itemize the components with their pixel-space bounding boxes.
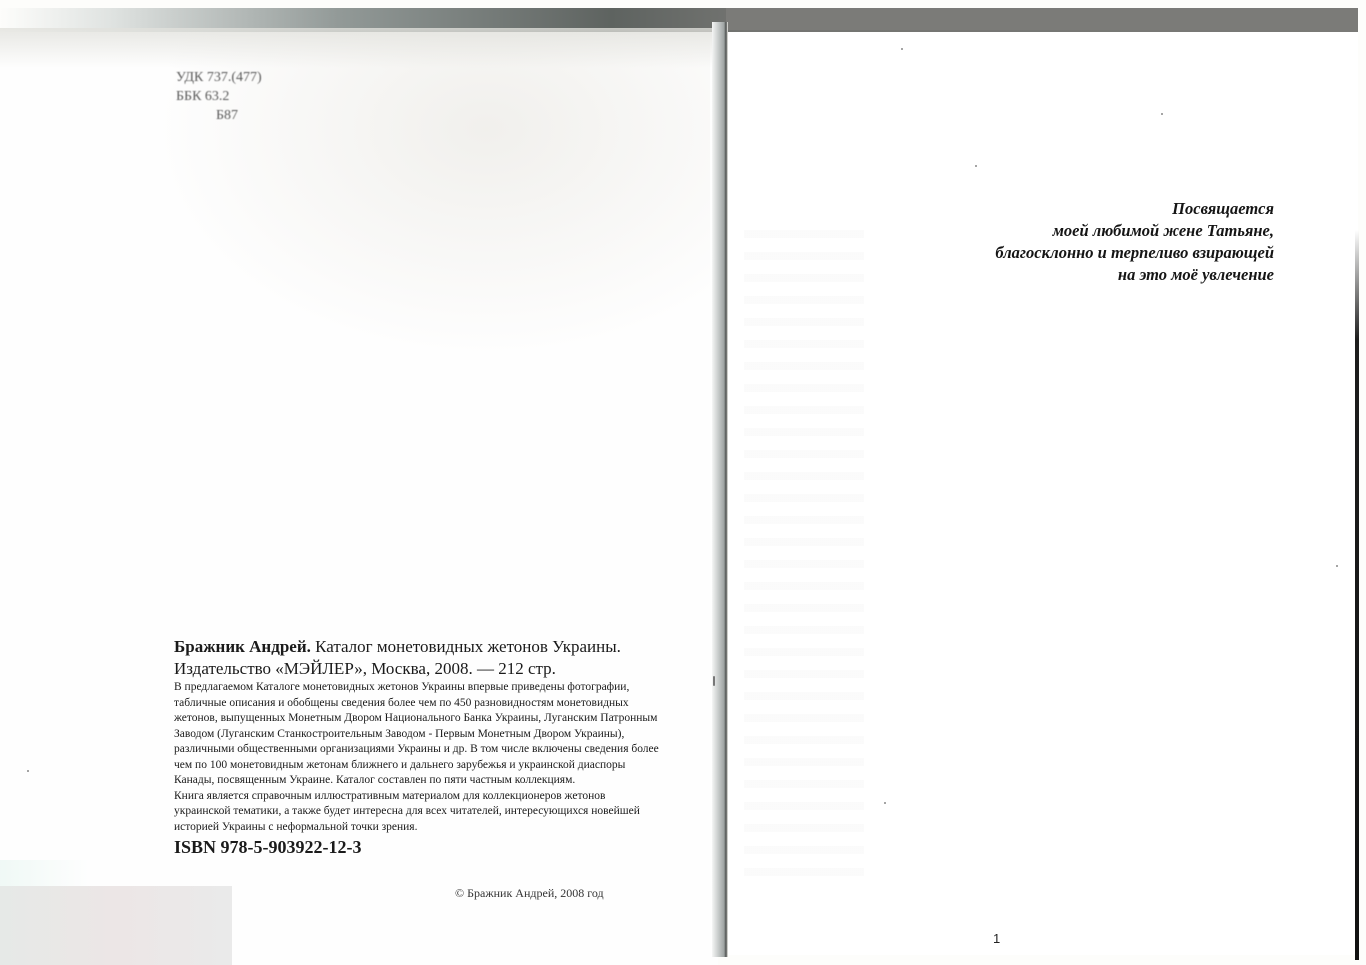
abstract-line: различными общественными организациями У… (174, 742, 714, 758)
abstract-line: Канады, посвященным Украине. Каталог сос… (174, 773, 714, 789)
isbn: ISBN 978-5-903922-12-3 (174, 836, 714, 858)
dust-speck (901, 48, 903, 50)
dedication-line: Посвящается (995, 198, 1274, 220)
dust-speck (975, 165, 977, 167)
dust-speck (884, 802, 886, 804)
book-spread: УДК 737.(477) ББК 63.2 Б87 Бражник Андре… (0, 0, 1366, 965)
dust-speck (1161, 113, 1163, 115)
abstract-line: В предлагаемом Каталоге монетовидных жет… (174, 680, 714, 696)
publisher-line: Издательство «МЭЙЛЕР», Москва, 2008. — 2… (174, 658, 714, 680)
right-page (728, 30, 1358, 955)
abstract-line: украинской тематики, а также будет интер… (174, 804, 714, 820)
udk-code: УДК 737.(477) (176, 68, 262, 87)
abstract-line: чем по 100 монетовидным жетонам ближнего… (174, 758, 714, 774)
book-gutter (712, 22, 728, 957)
citation-line: Бражник Андрей. Каталог монетовидных жет… (174, 636, 714, 658)
classification-codes: УДК 737.(477) ББК 63.2 Б87 (176, 68, 262, 125)
dedication-line: благосклонно и терпеливо взирающей (995, 242, 1274, 264)
abstract-line: Заводом (Луганским Станкостроительным За… (174, 727, 714, 743)
bbk-code: ББК 63.2 (176, 87, 262, 106)
page-number: 1 (993, 931, 1000, 946)
scanner-top-edge-right (726, 8, 1358, 30)
abstract-line: историей Украины с неформальной точки зр… (174, 820, 714, 836)
book-title: Каталог монетовидных жетонов Украины. (311, 637, 621, 656)
abstract-line: жетонов, выпущенных Монетным Двором Наци… (174, 711, 714, 727)
scan-shadow (0, 886, 232, 965)
dedication-line: моей любимой жене Татьяне, (995, 220, 1274, 242)
top-shadow (0, 28, 720, 68)
dust-speck (713, 676, 715, 686)
dedication-line: на это моё увлечение (995, 264, 1274, 286)
page-right-edge (1355, 230, 1359, 960)
author-mark: Б87 (176, 106, 262, 125)
dust-speck (27, 770, 29, 772)
author-name: Бражник Андрей. (174, 637, 311, 656)
bibliographic-description: Бражник Андрей. Каталог монетовидных жет… (174, 636, 714, 858)
dust-speck (1336, 565, 1338, 567)
copyright-notice: © Бражник Андрей, 2008 год (455, 886, 604, 901)
abstract-line: табличные описания и обобщены сведения б… (174, 696, 714, 712)
dedication: Посвящается моей любимой жене Татьяне, б… (995, 198, 1274, 286)
abstract-line: Книга является справочным иллюстративным… (174, 789, 714, 805)
abstract: В предлагаемом Каталоге монетовидных жет… (174, 680, 714, 835)
